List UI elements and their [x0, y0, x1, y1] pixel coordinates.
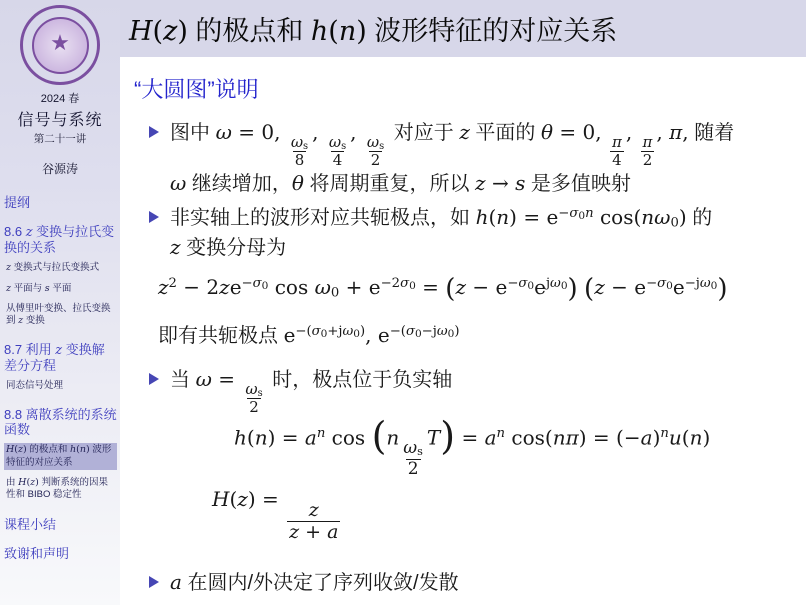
- bullet-text: 图中 ω = 0, ωs8, ωs4, ωs2 对应于 z 平面的 θ = 0,…: [170, 118, 798, 199]
- sidebar-section-8-6[interactable]: 8.6 z 变换与拉氏变换的关系: [4, 224, 117, 256]
- sidebar-heading-summary[interactable]: 课程小结: [4, 517, 117, 533]
- sidebar-sub-hz-poles-hn-waveform[interactable]: H(z) 的极点和 h(n) 波形特征的对应关系: [4, 443, 117, 470]
- university-seal-logo: ★: [20, 5, 100, 85]
- bullet-item-0: 图中 ω = 0, ωs8, ωs4, ωs2 对应于 z 平面的 θ = 0,…: [148, 118, 798, 199]
- sidebar-sub-causality-bibo[interactable]: 由 H(z) 判断系统的因果性和 BIBO 稳定性: [4, 476, 117, 503]
- bullet-text: 当 ω = ωs2 时，极点位于负实轴: [170, 365, 798, 416]
- frame-title: H(z) 的极点和 h(n) 波形特征的对应关系: [129, 9, 617, 48]
- content-blocks: 图中 ω = 0, ωs8, ωs4, ωs2 对应于 z 平面的 θ = 0,…: [134, 118, 798, 598]
- sidebar-sub-z-laplace-forms[interactable]: z 变换式与拉氏变换式: [4, 261, 117, 275]
- display-equation-eq3: H(z) = zz + a: [212, 485, 798, 544]
- semester-label: 2024 春: [0, 90, 120, 106]
- display-equation-eq1: z2 − 2ze−σ0 cos ω0 + e−2σ0 = (z − e−σ0ej…: [158, 273, 798, 303]
- sidebar-section-8-8[interactable]: 8.8 离散系统的系统函数: [4, 407, 117, 438]
- content-heading: “大圆图”说明: [134, 73, 798, 104]
- bullet-item-1: 非实轴上的波形对应共轭极点，如 h(n) = e−σ0n cos(nω0) 的z…: [148, 203, 798, 263]
- course-title: 信号与系统: [0, 107, 120, 130]
- sidebar-heading-outline[interactable]: 提纲: [4, 195, 117, 211]
- sidebar-nav: 提纲8.6 z 变换与拉氏变换的关系z 变换式与拉氏变换式z 平面与 s 平面从…: [0, 195, 120, 562]
- bullet-triangle-icon: [148, 203, 170, 263]
- bullet-triangle-icon: [148, 365, 170, 416]
- bullet-triangle-icon: [148, 568, 170, 598]
- beamer-slide: ★ 2024 春 信号与系统 第二十一讲 谷源涛 提纲8.6 z 变换与拉氏变换…: [0, 0, 806, 605]
- inline-note: 即有共轭极点 e−(σ0+jω0), e−(σ0−jω0): [158, 321, 798, 351]
- lecture-number: 第二十一讲: [0, 131, 120, 146]
- bullet-item-4: 当 ω = ωs2 时，极点位于负实轴: [148, 365, 798, 416]
- bullet-text: a 在圆内/外决定了序列收敛/发散: [170, 568, 798, 598]
- sidebar-sub-homomorphic[interactable]: 同态信号处理: [4, 379, 117, 393]
- sidebar: ★ 2024 春 信号与系统 第二十一讲 谷源涛 提纲8.6 z 变换与拉氏变换…: [0, 0, 120, 605]
- content-area: “大圆图”说明 图中 ω = 0, ωs8, ωs4, ωs2 对应于 z 平面…: [120, 57, 806, 605]
- frame-title-bar: H(z) 的极点和 h(n) 波形特征的对应关系: [120, 0, 806, 57]
- star-icon: ★: [20, 21, 100, 65]
- bullet-triangle-icon: [148, 118, 170, 199]
- bullet-text: 非实轴上的波形对应共轭极点，如 h(n) = e−σ0n cos(nω0) 的z…: [170, 203, 798, 263]
- author-name: 谷源涛: [0, 160, 120, 177]
- sidebar-sub-z-plane-s-plane[interactable]: z 平面与 s 平面: [4, 282, 117, 296]
- display-equation-eq2: h(n) = an cos (nωs2T) = an cos(nπ) = (−a…: [234, 420, 798, 479]
- sidebar-sub-fourier-to-z[interactable]: 从傅里叶变换、拉氏变换到 z 变换: [4, 302, 117, 329]
- bullet-item-7: a 在圆内/外决定了序列收敛/发散: [148, 568, 798, 598]
- sidebar-section-8-7[interactable]: 8.7 利用 z 变换解差分方程: [4, 342, 117, 374]
- sidebar-heading-acknowledgements[interactable]: 致谢和声明: [4, 546, 117, 562]
